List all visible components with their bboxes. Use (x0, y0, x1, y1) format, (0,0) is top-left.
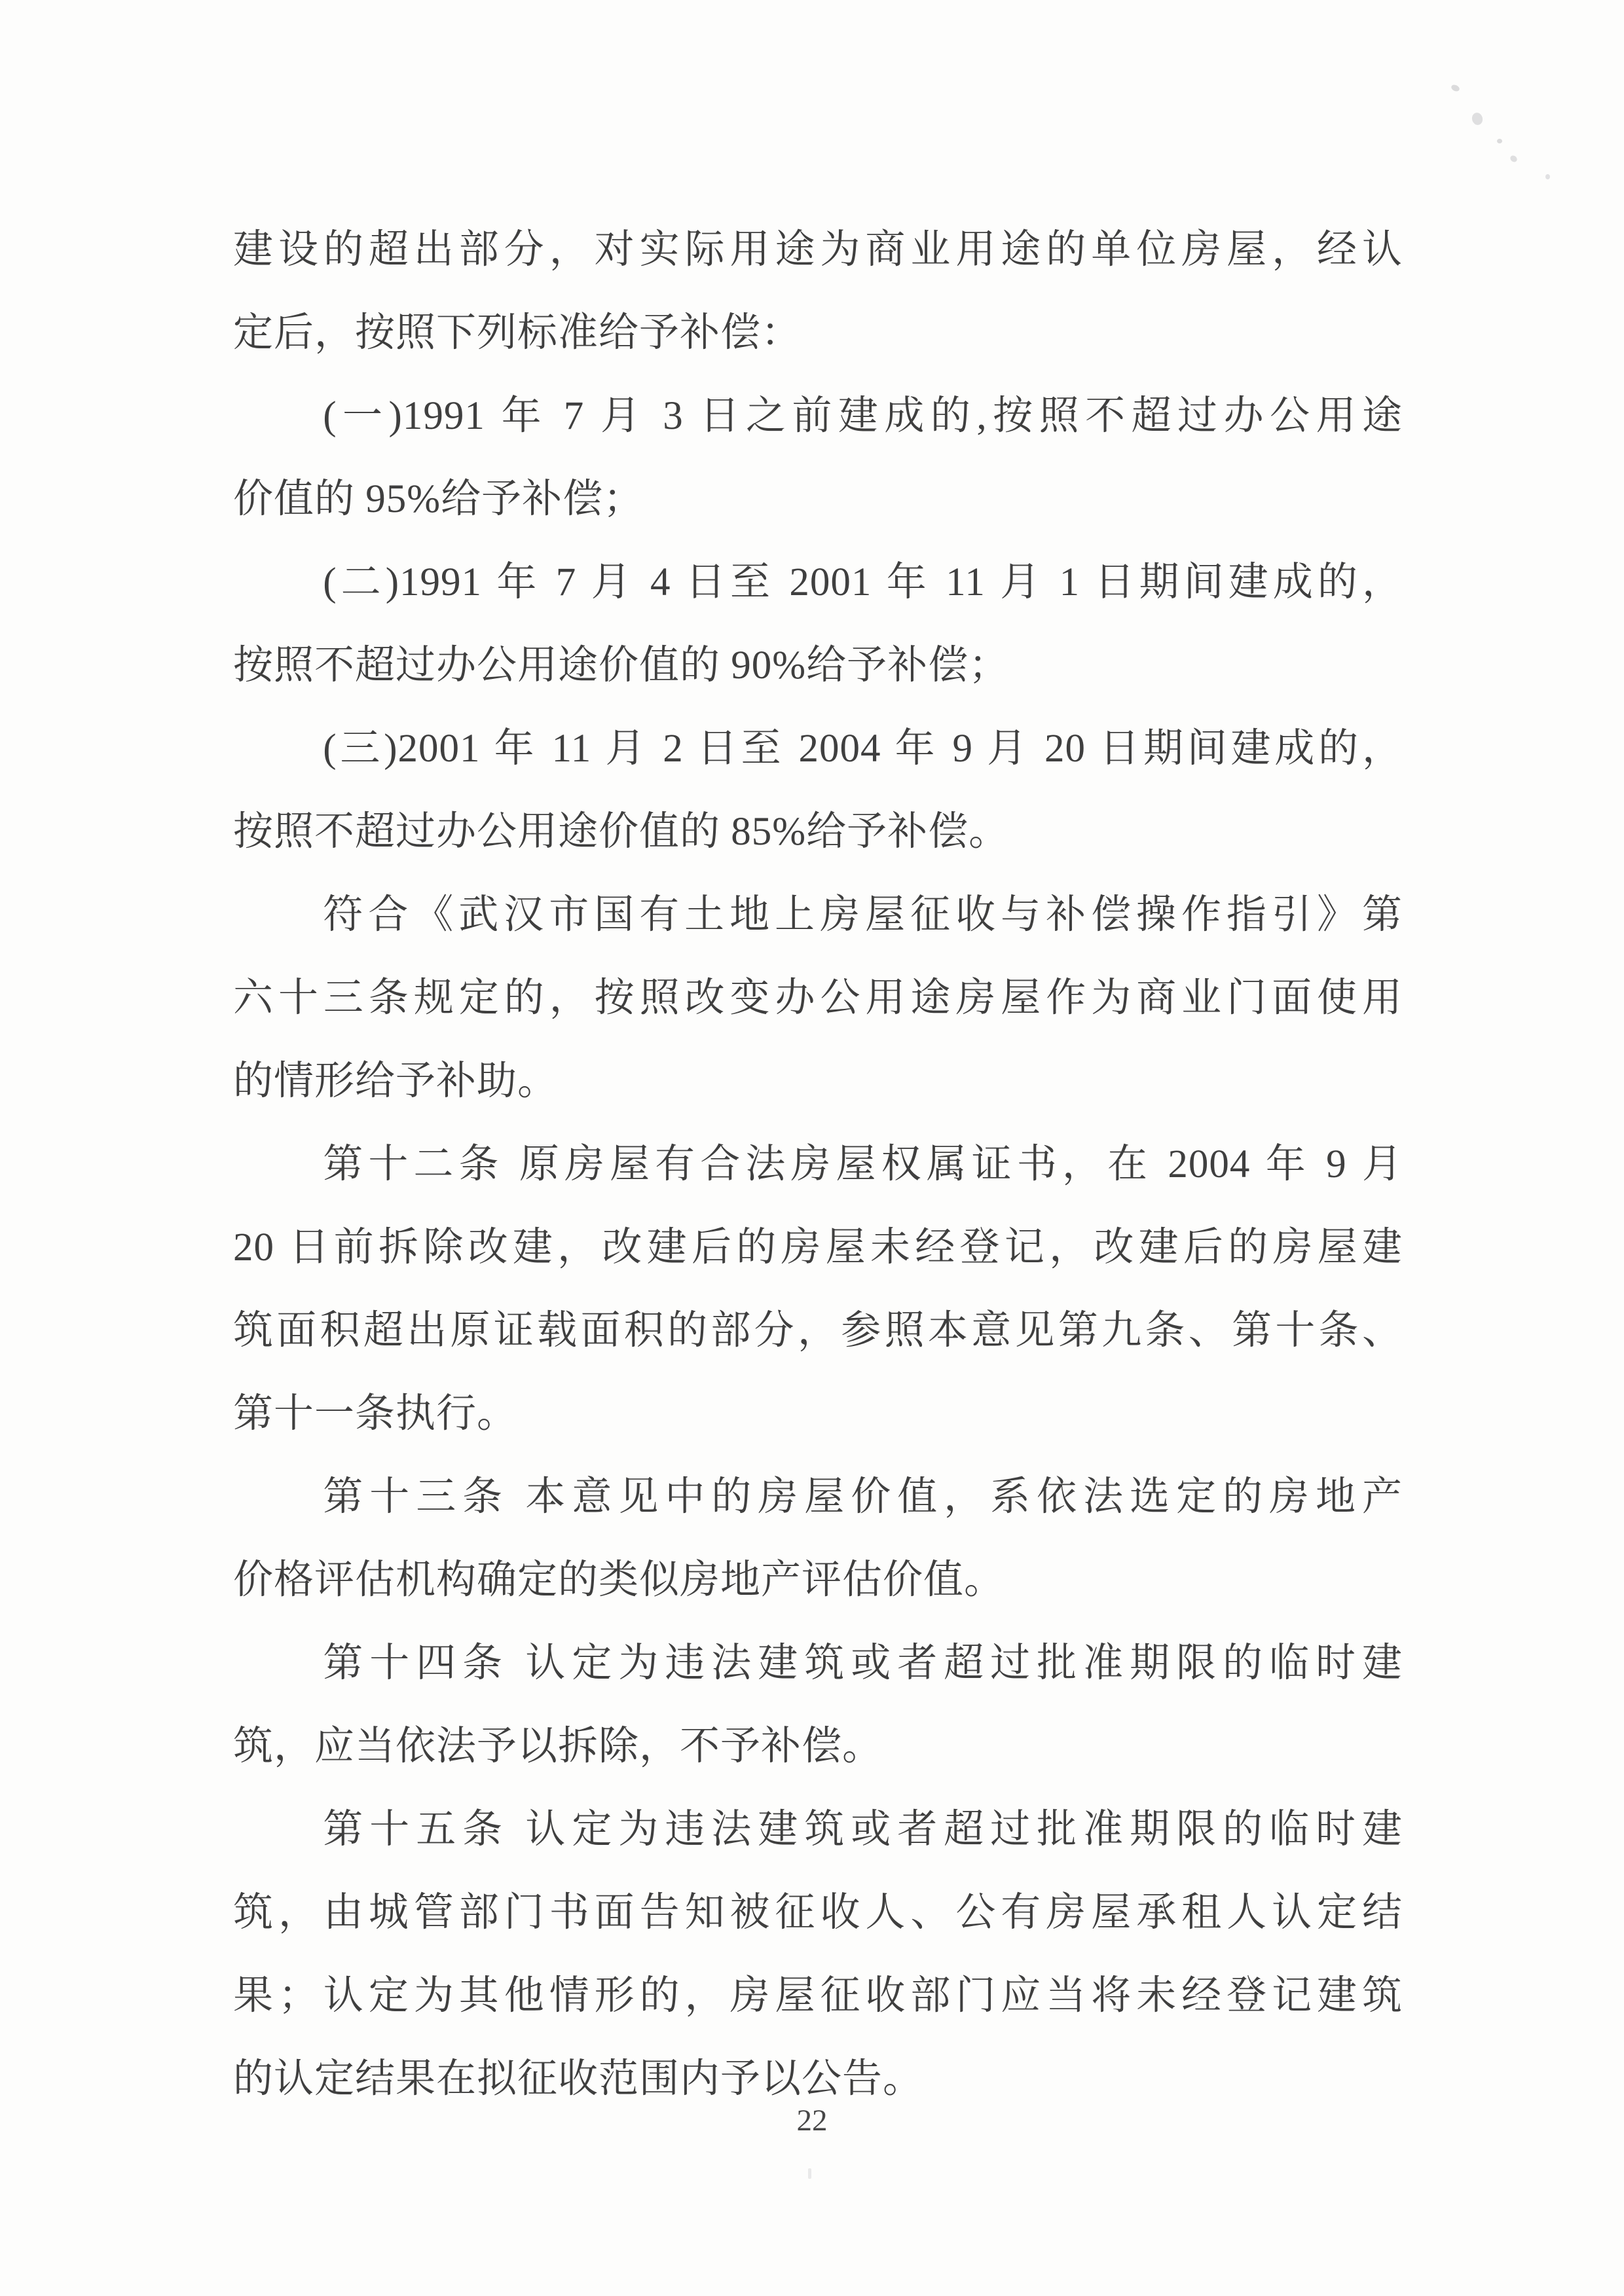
text-line: 价格评估机构确定的类似房地产评估价值。 (233, 1539, 1403, 1622)
text-line: 筑面积超出原证载面积的部分，参照本意见第九条、第十条、 (233, 1289, 1403, 1372)
text-line: 筑，由城管部门书面告知被征收人、公有房屋承租人认定结 (233, 1871, 1403, 1954)
scan-speckle (808, 2168, 811, 2179)
text-line: 第十三条 本意见中的房屋价值，系依法选定的房地产 (233, 1455, 1403, 1539)
text-line: 符合《武汉市国有土地上房屋征收与补偿操作指引》第 (233, 873, 1403, 957)
text-line: 六十三条规定的，按照改变办公用途房屋作为商业门面使用 (233, 957, 1403, 1040)
text-line: (二)1991 年 7 月 4 日至 2001 年 11 月 1 日期间建成的， (233, 541, 1403, 624)
scan-speckle (1509, 155, 1518, 164)
scan-speckle (1471, 111, 1484, 126)
scan-speckle (1545, 174, 1550, 179)
text-line: 按照不超过办公用途价值的 90%给予补偿； (233, 624, 1403, 707)
text-line: 第十四条 认定为违法建筑或者超过批准期限的临时建 (233, 1622, 1403, 1705)
text-line: 价值的 95%给予补偿； (233, 458, 1403, 541)
text-line: 20 日前拆除改建，改建后的房屋未经登记，改建后的房屋建 (233, 1206, 1403, 1289)
text-line: 按照不超过办公用途价值的 85%给予补偿。 (233, 790, 1403, 873)
scanned-document-page: 建设的超出部分，对实际用途为商业用途的单位房屋，经认定后，按照下列标准给予补偿：… (0, 0, 1624, 2296)
text-line: 第十一条执行。 (233, 1372, 1403, 1455)
text-line: 定后，按照下列标准给予补偿： (233, 291, 1403, 374)
text-line: 第十五条 认定为违法建筑或者超过批准期限的临时建 (233, 1788, 1403, 1871)
text-line: 果；认定为其他情形的，房屋征收部门应当将未经登记建筑 (233, 1954, 1403, 2037)
scan-speckle (1497, 139, 1502, 143)
text-line: 筑，应当依法予以拆除，不予补偿。 (233, 1705, 1403, 1788)
document-body: 建设的超出部分，对实际用途为商业用途的单位房屋，经认定后，按照下列标准给予补偿：… (233, 208, 1403, 2121)
text-line: 建设的超出部分，对实际用途为商业用途的单位房屋，经认 (233, 208, 1403, 291)
text-line: 第十二条 原房屋有合法房屋权属证书，在 2004 年 9 月 (233, 1123, 1403, 1206)
scan-speckle (1450, 84, 1461, 93)
text-line: (一)1991 年 7 月 3 日之前建成的,按照不超过办公用途 (233, 374, 1403, 458)
page-number: 22 (0, 2103, 1624, 2138)
text-line: (三)2001 年 11 月 2 日至 2004 年 9 月 20 日期间建成的… (233, 707, 1403, 790)
text-line: 的情形给予补助。 (233, 1040, 1403, 1123)
